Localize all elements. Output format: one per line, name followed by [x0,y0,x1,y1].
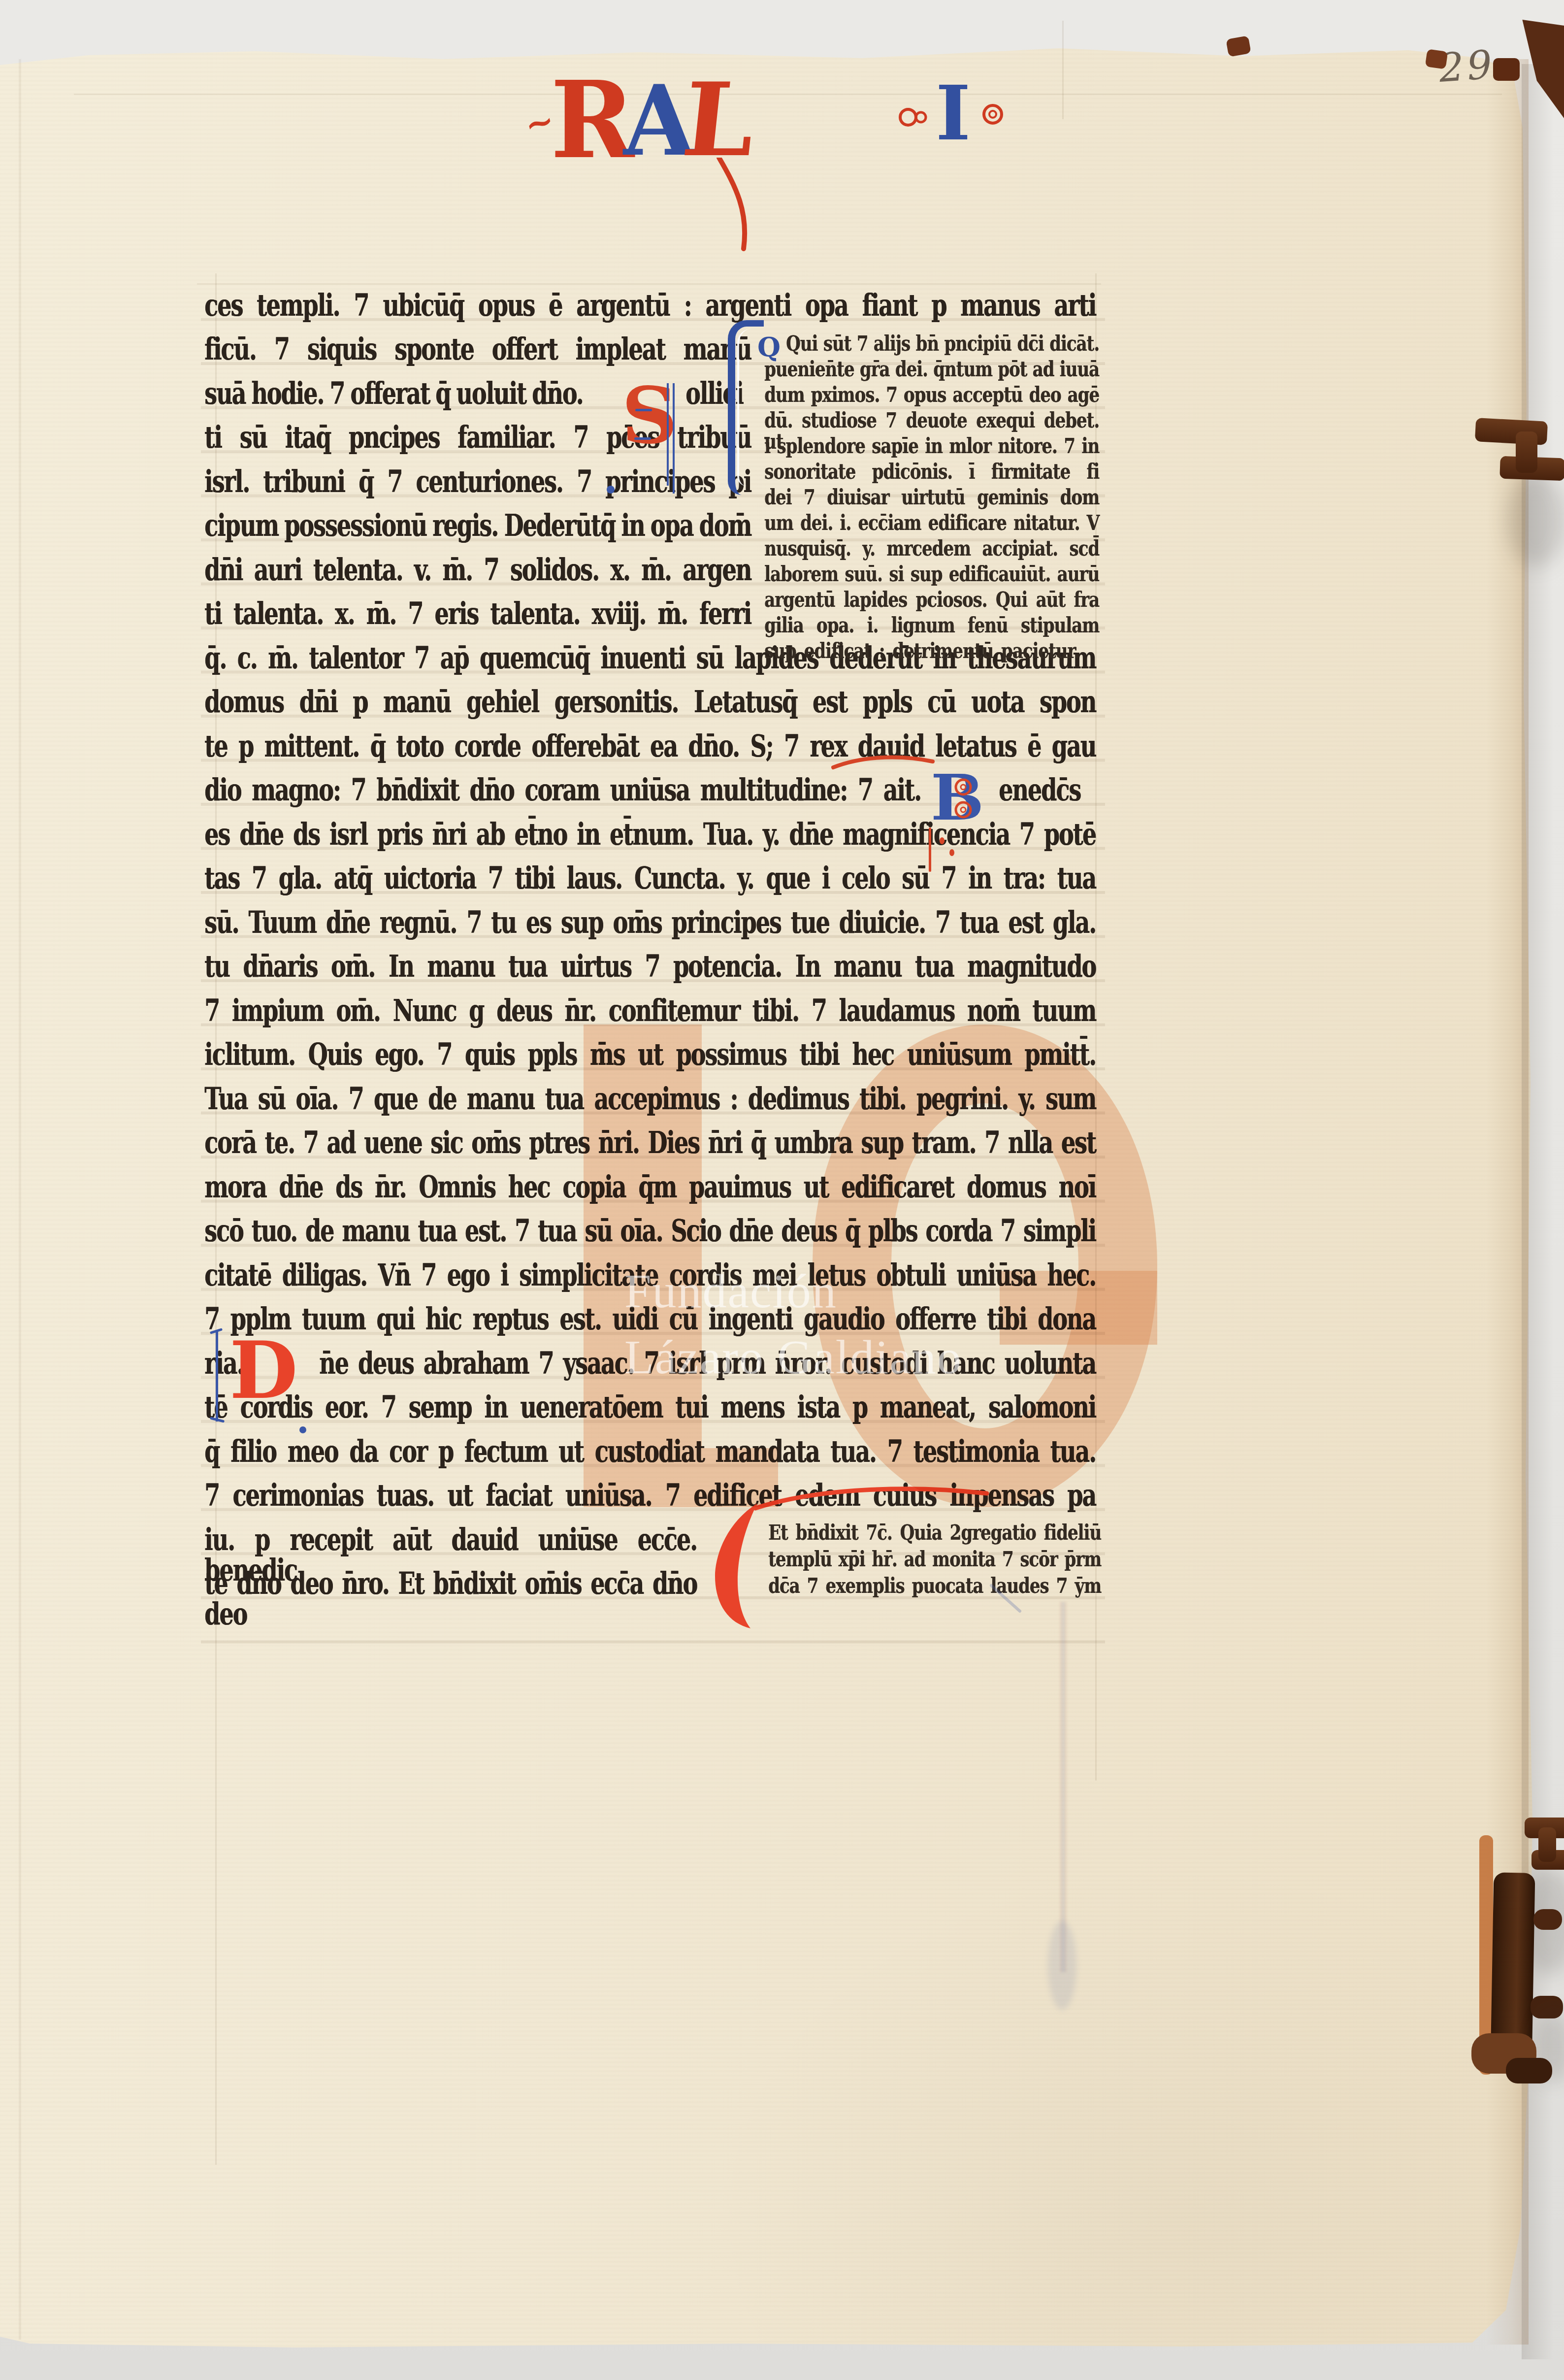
binding-nub [1425,49,1448,69]
initial-benedictus-flourish [831,753,935,772]
initial-pollici-penwork [607,486,615,494]
initial-domine-penwork [216,1330,218,1421]
text-line: domus dn̄i p manū gehiel gersonitis. Let… [204,686,1096,717]
binding-nub [1493,58,1520,81]
scan-backdrop: ~ R A L I 29 ces templi. 7 ubicūq̄ opus … [0,0,1564,2380]
gloss-line: gilia opa. i. lignum fenū stipulam [764,615,1099,636]
text-line: dio magno: 7 bn̄dixit dn̄o coram uniūsa … [204,774,921,805]
watermark-text-line1: Fundación [624,1264,837,1319]
left-fold-line [19,59,21,2340]
text-line: te dn̄o deo n̄ro. Et bn̄dixit om̄is ecc̄… [204,1568,697,1629]
header-horizontal-rule [74,94,1502,95]
text-line: tas 7 gla. atq̄ uictoria 7 tibi laus. Cu… [204,862,1096,893]
gloss-line: laborem suū. si sup edificauiūt. aurū [764,563,1099,585]
textblock-top-rule [197,283,1101,285]
gloss-line: puenien̄te gr̄a dei. q̄ntum pōt ad iuuā [764,359,1099,380]
gloss-line: um dei. i. ecc̄iam edificare nitatur. V [764,512,1099,534]
text-line: ces templi. 7 ubicūq̄ opus ē argentū : a… [204,290,1096,320]
initial-pollici-penwork [673,383,675,494]
initial-benedictus-descender [929,827,931,872]
binding-strip-nub [1533,1909,1562,1930]
initial-pollici-penwork [635,409,652,411]
binding-nub [1226,35,1251,57]
text-line: tu dn̄aris om̄. In manu tua uirtus 7 pot… [204,951,1096,981]
initial-benedictus-droplet [940,837,945,844]
book-numeral: I [936,76,971,151]
initial-benedictus-penwork [946,774,981,824]
running-title-letter-l: L [678,70,760,171]
verso-showthrough-blob [1048,1921,1076,2010]
binding-clip-post [1538,1827,1556,1862]
text-line: isrl. tribuni q̄ 7 centuriones. 7 princi… [204,466,751,496]
text-line: suā hodie. 7 offerat q̄ uoluit dn̄o. [204,378,628,408]
initial-domine-penwork [299,1426,306,1433]
numeral-left-curl-icon [897,102,932,132]
initial-pollici-penwork [667,383,669,486]
gloss-line: Qui sūt 7 alijs bn̄ pncipiū dc̄i dicāt. [786,333,1099,355]
gloss-line: ī splendore sapīe in mlor nitore. 7 in [764,435,1099,457]
gloss-line: templū xp̄i hr̄. ad monita 7 scōr p̄rm [768,1549,1101,1570]
text-line: dn̄i auri telenta. v. m̄. 7 solidos. x. … [204,554,751,585]
title-letter-tail [709,158,768,251]
gloss-line: sup edificat : detrimentū pacietur. [764,640,1079,662]
text-line: sū. Tuum dn̄e regnū. 7 tu es sup om̄s pr… [204,907,1096,937]
binding-clip-post [1516,431,1537,473]
gloss-line: argentū lapides pciosos. Qui aūt fra [764,589,1099,611]
initial-benedictus-droplet [949,849,954,856]
text-line: cipum possessionū regis. Dederūtq̄ in op… [204,510,751,540]
folio-number: 29 [1437,41,1497,91]
running-title-letter-r: R [551,67,634,173]
header-vertical-rule [1062,21,1064,119]
gloss-line: dei 7 diuisar uirtutū geminis dom [764,487,1099,508]
text-line: te p mittent. q̄ toto corde offerebāt ea… [204,730,1096,761]
initial-domine: D [229,1331,298,1410]
gloss-line: nusquisq̄. y. mrcedem accipiat. scd̄ [764,538,1099,560]
text-line: enedc̄s [999,774,1097,805]
text-line: ficū. 7 siquis sponte offert impleat man… [204,333,751,364]
gloss-line: dc̄a 7 exemplis puocata laudes 7 ȳm [768,1575,1101,1597]
gloss-line: dum pximos. 7 opus acceptū deo agē [764,384,1099,406]
numeral-right-curl-icon [979,99,1013,130]
text-line: ti talenta. x. m̄. 7 eris talenta. xviij… [204,598,751,628]
gloss-line: sonoritate pdicōnis. ī firmitate fi [764,461,1099,483]
initial-pollici-penwork [634,437,651,440]
binding-strip-blob [1506,2058,1552,2083]
initial-pollici: S [621,377,678,455]
clip-shadow [1507,473,1564,566]
watermark-text-line2: Lázaro Galdiano [624,1330,962,1385]
verso-showthrough-bar [1060,1602,1067,1972]
